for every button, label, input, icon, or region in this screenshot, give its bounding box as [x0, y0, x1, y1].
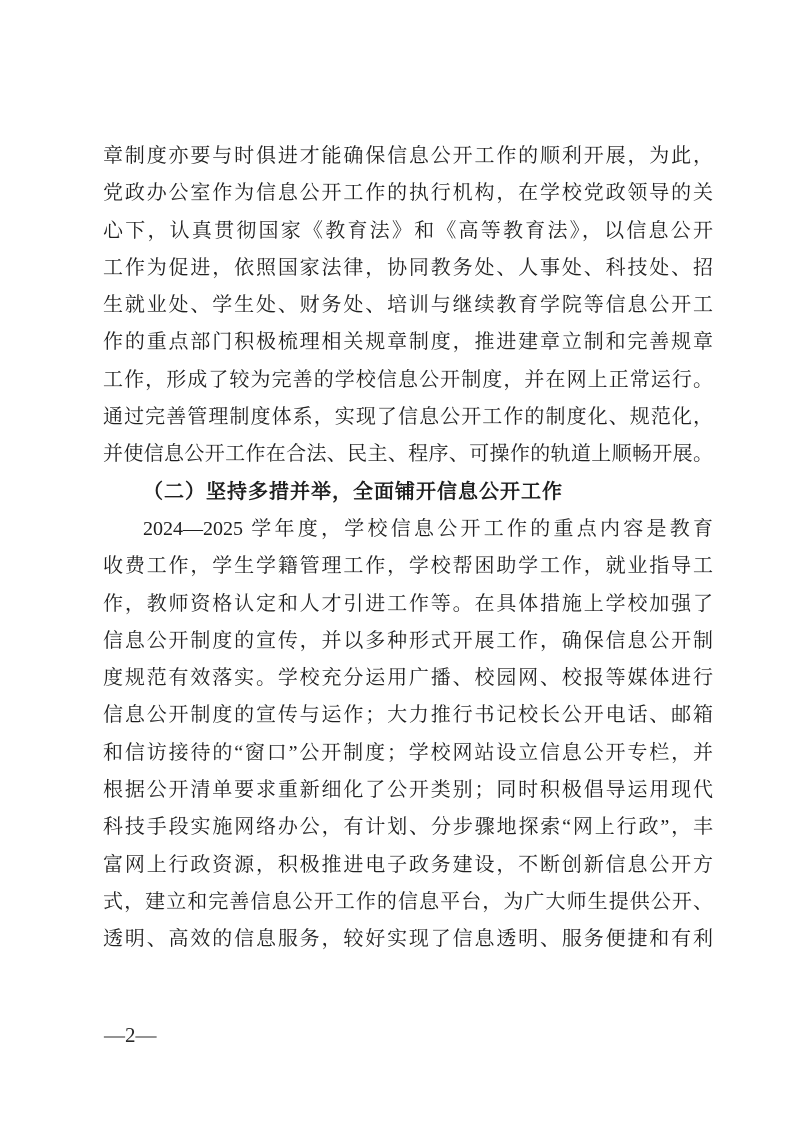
body-text-line: 通过完善管理制度体系，实现了信息公开工作的制度化、规范化，	[103, 399, 713, 436]
body-text-line: 科技手段实施网络办公，有计划、分步骤地探索“网上行政”，丰	[103, 809, 713, 846]
body-text-line: 工作为促进，依照国家法律，协同教务处、人事处、科技处、招	[103, 250, 713, 287]
body-text-line: 收费工作，学生学籍管理工作，学校帮困助学工作，就业指导工	[103, 548, 713, 585]
body-text-line: 富网上行政资源，积极推进电子政务建设，不断创新信息公开方	[103, 847, 713, 884]
body-text-line: 党政办公室作为信息公开工作的执行机构，在学校党政领导的关	[103, 175, 713, 212]
body-text-line: 透明、高效的信息服务，较好实现了信息透明、服务便捷和有利	[103, 921, 713, 958]
body-text-line: 信息公开制度的宣传，并以多种形式开展工作，确保信息公开制	[103, 623, 713, 660]
body-text-line: 心下，认真贯彻国家《教育法》和《高等教育法》，以信息公开	[103, 213, 713, 250]
document-body: 章制度亦要与时俱进才能确保信息公开工作的顺利开展，为此， 党政办公室作为信息公开…	[103, 138, 713, 959]
body-text-line: 章制度亦要与时俱进才能确保信息公开工作的顺利开展，为此，	[103, 138, 713, 175]
body-text-line: 式，建立和完善信息公开工作的信息平台，为广大师生提供公开、	[103, 884, 713, 921]
body-text-line: 作，教师资格认定和人才引进工作等。在具体措施上学校加强了	[103, 586, 713, 623]
body-text-line: 根据公开清单要求重新细化了公开类别；同时积极倡导运用现代	[103, 772, 713, 809]
body-text-line: 信息公开制度的宣传与运作；大力推行书记校长公开电话、邮箱	[103, 697, 713, 734]
body-text-line: 生就业处、学生处、财务处、培训与继续教育学院等信息公开工	[103, 287, 713, 324]
body-text-line: 工作，形成了较为完善的学校信息公开制度，并在网上正常运行。	[103, 362, 713, 399]
body-text-line: 和信访接待的“窗口”公开制度；学校网站设立信息公开专栏，并	[103, 735, 713, 772]
document-page: 章制度亦要与时俱进才能确保信息公开工作的顺利开展，为此， 党政办公室作为信息公开…	[0, 0, 794, 1122]
body-text-line: 并使信息公开工作在合法、民主、程序、可操作的轨道上顺畅开展。	[103, 436, 713, 473]
page-number: —2—	[104, 1022, 157, 1048]
body-text-line: 2024—2025 学年度，学校信息公开工作的重点内容是教育	[103, 511, 713, 548]
section-heading: （二）坚持多措并举，全面铺开信息公开工作	[103, 474, 713, 511]
body-text-line: 作的重点部门积极梳理相关规章制度，推进建章立制和完善规章	[103, 324, 713, 361]
body-text-line: 度规范有效落实。学校充分运用广播、校园网、校报等媒体进行	[103, 660, 713, 697]
